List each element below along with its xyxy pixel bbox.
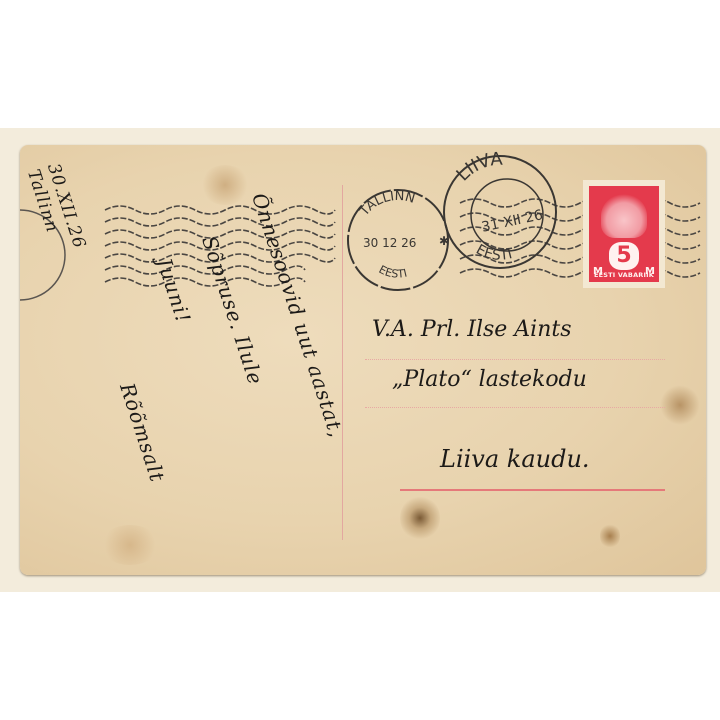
tallinn-postmark-date: 30 12 26 <box>363 236 416 250</box>
stain <box>600 523 620 549</box>
stain <box>100 525 160 565</box>
liiva-postmark-country: EESTI <box>473 242 514 264</box>
postage-stamp: 5 M M EESTI VABARIIK <box>583 180 665 288</box>
stamp-inscription: EESTI VABARIIK <box>589 271 659 279</box>
message-line: Rõõmsalt <box>115 380 170 485</box>
stain <box>400 495 440 541</box>
tallinn-postmark-city: TALLINN <box>357 189 417 220</box>
address-rule <box>400 489 665 491</box>
tallinn-postmark-country: EESTI <box>377 263 409 281</box>
stamp-emblem-icon <box>601 194 647 238</box>
stain <box>660 385 700 425</box>
address-line-recipient: V.A. Prl. Ilse Aints <box>372 317 572 342</box>
postcard: 5 M M EESTI VABARIIK TALLINN EESTI 30 12… <box>20 145 706 575</box>
address-rule <box>365 359 665 361</box>
svg-text:EESTI: EESTI <box>377 263 409 281</box>
stain <box>200 165 250 205</box>
address-rule <box>365 407 665 409</box>
stamp-value: 5 <box>609 242 639 270</box>
liiva-postmark-date: 31 XII 26 <box>480 207 544 236</box>
liiva-postmark: LIIVA EESTI 31 XII 26 <box>435 147 565 277</box>
svg-text:TALLINN: TALLINN <box>357 189 417 220</box>
stamp-face: 5 M M EESTI VABARIIK <box>589 186 659 282</box>
address-line-locality: Liiva kaudu. <box>440 445 590 473</box>
svg-text:EESTI: EESTI <box>473 242 514 264</box>
address-line-institution: „Plato“ lastekodu <box>392 367 587 392</box>
